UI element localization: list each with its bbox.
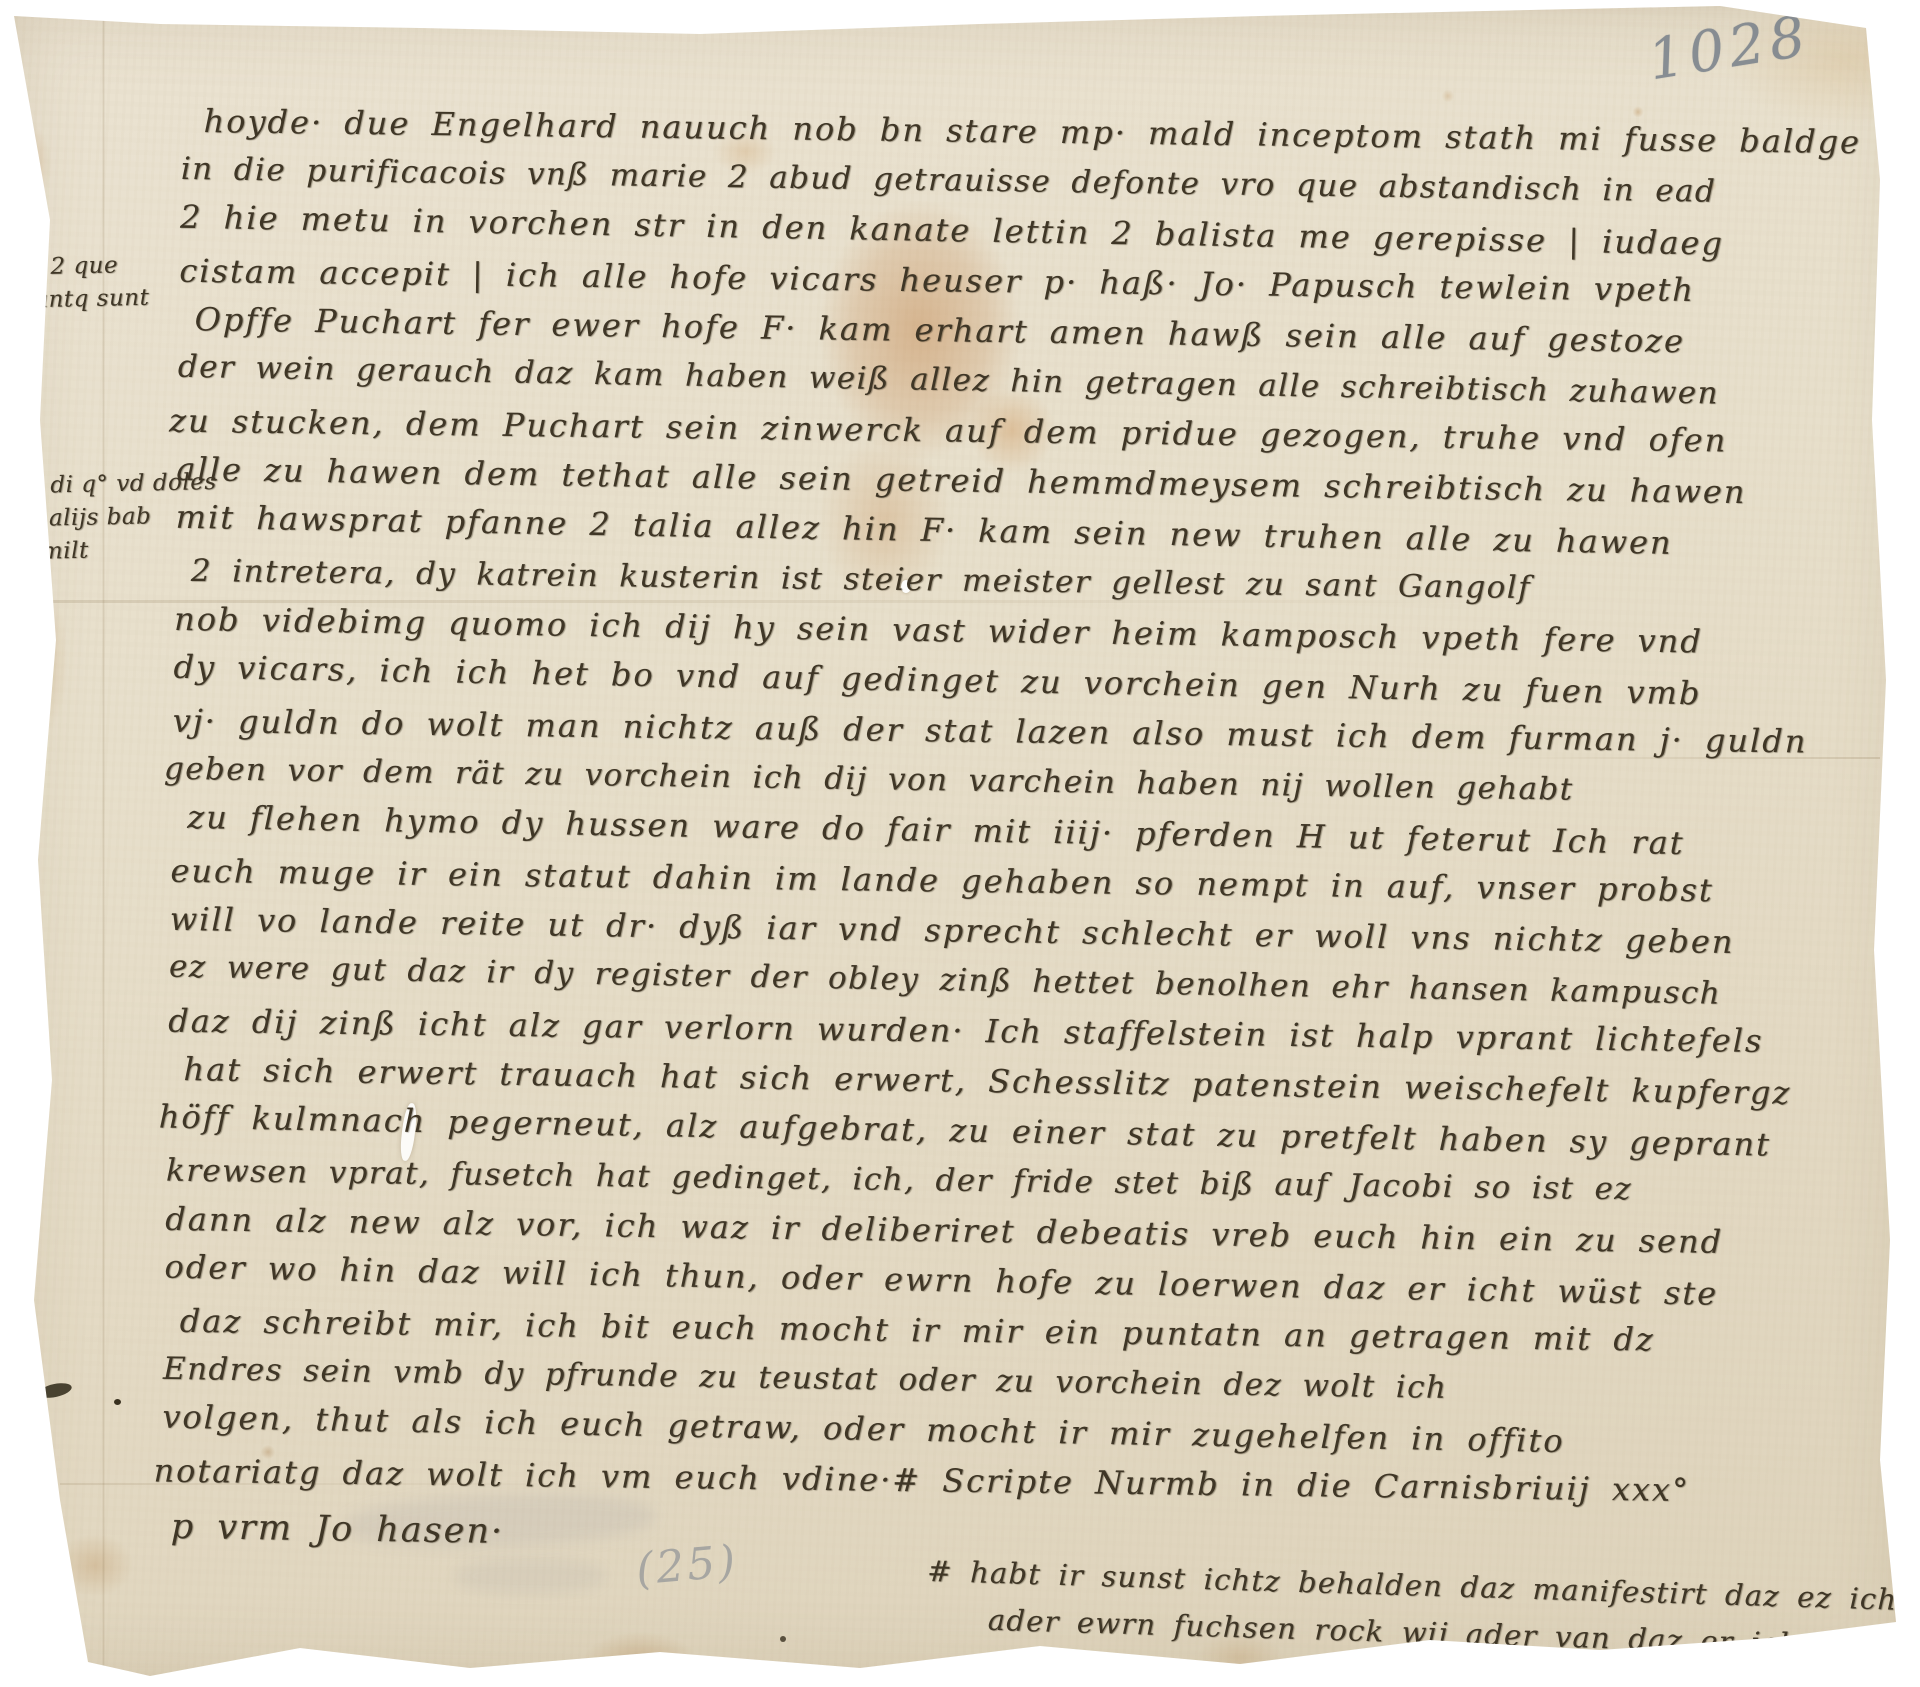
letter-body: hoyde· due Engelhard nauuch nob bn stare… <box>160 94 1891 1579</box>
margin-note-1: ſ 2 que antq sunt <box>33 249 149 317</box>
archive-number-pencil: 1028 <box>1644 4 1815 94</box>
ink-blot <box>37 1381 73 1401</box>
ink-speck <box>780 1636 786 1642</box>
ink-speck <box>114 1399 121 1405</box>
manuscript-page: 1028 (25) ſ 2 que antq sunt ſ: di q° vd … <box>0 0 1920 1687</box>
margin-note-line: antq sunt <box>34 282 150 317</box>
pencil-smudge <box>455 1558 605 1594</box>
margin-note-line: ſ 2 que <box>33 249 149 284</box>
